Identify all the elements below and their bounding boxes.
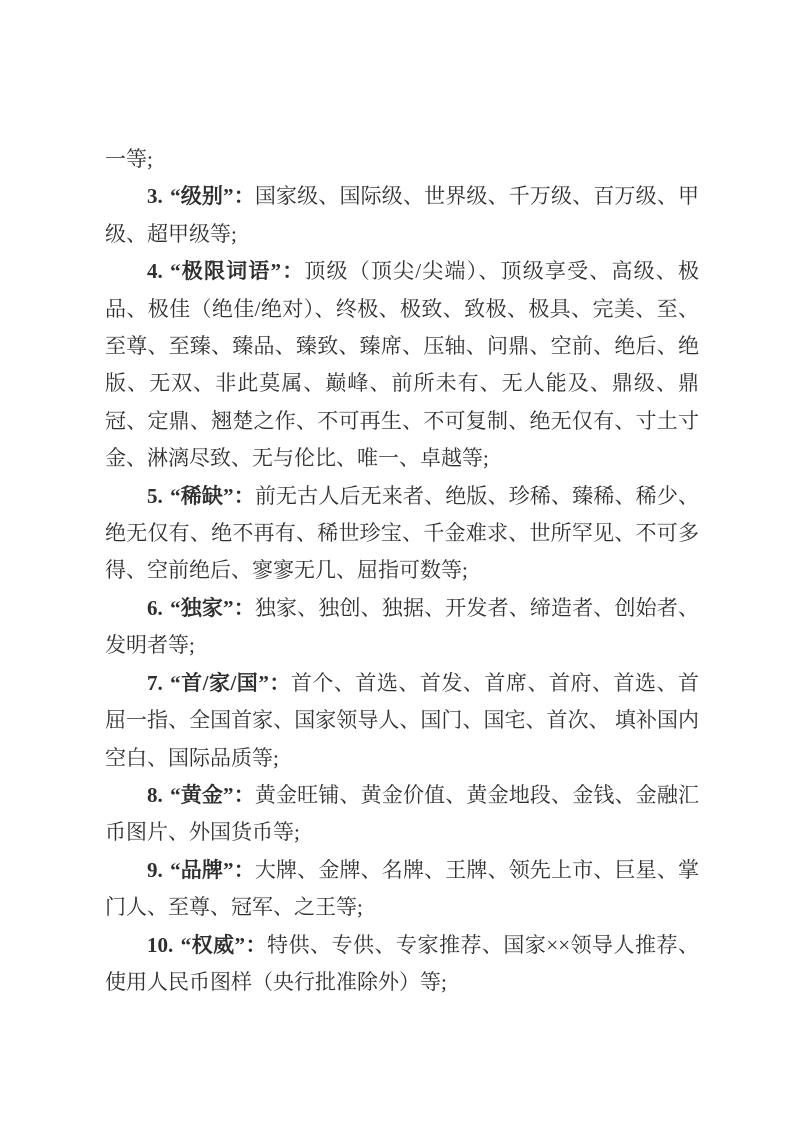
document-page: 一等; 3.“级别”：国家级、国际级、世界级、千万级、百万级、甲级、超甲级等; … (0, 0, 793, 1122)
item-number: 8. (147, 783, 163, 807)
item-number: 7. (147, 671, 163, 695)
item-number: 9. (147, 858, 163, 882)
item-number: 10. (147, 933, 173, 957)
item-term: “黄金”： (170, 783, 255, 807)
list-item-8-gold: 8.“黄金”：黄金旺铺、黄金价值、黄金地段、金钱、金融汇币图片、外国货币等; (105, 777, 699, 852)
item-term: “极限词语”： (170, 259, 304, 283)
item-number: 4. (147, 259, 163, 283)
list-item-10-authority: 10.“权威”：特供、专供、专家推荐、国家××领导人推荐、使用人民币图样（央行批… (105, 927, 699, 1002)
list-item-7-first-home-national: 7.“首/家/国”：首个、首选、首发、首席、首府、首选、首屈一指、全国首家、国家… (105, 665, 699, 777)
item-number: 5. (147, 484, 163, 508)
item-term: “级别”： (170, 184, 255, 208)
item-term: “独家”： (170, 596, 255, 620)
item-term: “稀缺”： (170, 484, 255, 508)
paragraph-text: 一等; (105, 147, 153, 171)
item-number: 3. (147, 184, 163, 208)
item-text: 顶级（顶尖/尖端）、顶级享受、高级、极品、极佳（绝佳/绝对）、终极、极致、致极、… (105, 259, 699, 470)
document-body: 一等; 3.“级别”：国家级、国际级、世界级、千万级、百万级、甲级、超甲级等; … (105, 141, 699, 1001)
list-item-4-extreme-words: 4.“极限词语”：顶级（顶尖/尖端）、顶级享受、高级、极品、极佳（绝佳/绝对）、… (105, 253, 699, 477)
list-item-9-brand: 9.“品牌”：大牌、金牌、名牌、王牌、领先上市、巨星、掌门人、至尊、冠军、之王等… (105, 852, 699, 927)
list-item-6-exclusive: 6.“独家”：独家、独创、独据、开发者、缔造者、创始者、发明者等; (105, 590, 699, 665)
paragraph-continuation: 一等; (105, 141, 699, 178)
list-item-3-level: 3.“级别”：国家级、国际级、世界级、千万级、百万级、甲级、超甲级等; (105, 178, 699, 253)
item-number: 6. (147, 596, 163, 620)
item-term: “首/家/国”： (170, 671, 291, 695)
item-term: “品牌”： (170, 858, 255, 882)
item-term: “权威”： (181, 933, 267, 957)
list-item-5-scarcity: 5.“稀缺”：前无古人后无来者、绝版、珍稀、臻稀、稀少、绝无仅有、绝不再有、稀世… (105, 478, 699, 590)
